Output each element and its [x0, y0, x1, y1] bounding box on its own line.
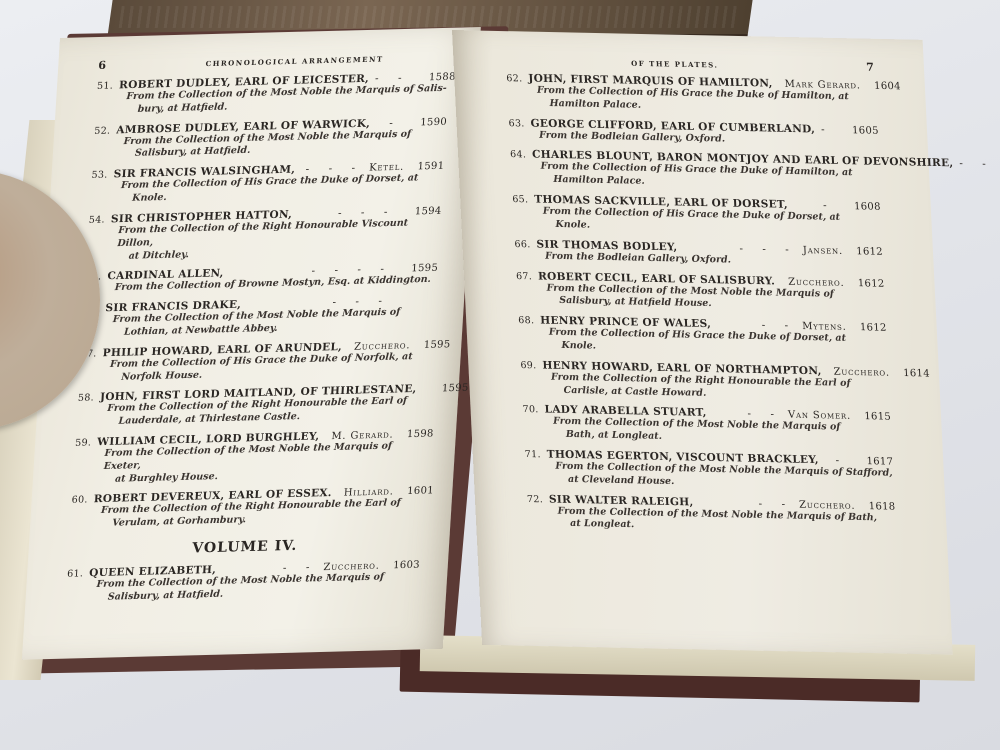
plate-entry: 64. CHARLES BLOUNT, BARON MONTJOY AND EA…: [510, 149, 880, 194]
painter-name: Zucchero.: [833, 366, 890, 378]
year: 1604: [871, 81, 902, 93]
year: 1588: [425, 72, 456, 84]
year: 1617: [863, 456, 894, 468]
plate-number: 61.: [67, 568, 90, 580]
plate-entry: 66. SIR THOMAS BODLEY, - - - Jansen. 161…: [514, 238, 884, 271]
plate-number: 59.: [75, 437, 98, 449]
plate-entry: 54. SIR CHRISTOPHER HATTON, - - - 1594 F…: [86, 205, 442, 265]
right-page: OF THE PLATES. 7 62. JOHN, FIRST MARQUIS…: [452, 30, 953, 655]
page-number: 7: [844, 60, 875, 74]
plate-entry: 53. SIR FRANCIS WALSINGHAM, - - - Ketel.…: [90, 160, 445, 207]
plate-number: 63.: [508, 118, 531, 129]
plate-number: 58.: [78, 393, 101, 405]
plate-number: 64.: [510, 150, 533, 161]
year: [406, 303, 436, 304]
plate-entry: 71. THOMAS EGERTON, VISCOUNT BRACKLEY, -…: [524, 448, 894, 493]
photo-scene: 6 CHRONOLOGICAL ARRANGEMENT 51. ROBERT D…: [0, 0, 1000, 750]
year: 1605: [848, 125, 879, 137]
plate-number: 68.: [518, 315, 541, 326]
painter-name: Zucchero.: [799, 499, 856, 511]
plate-entry: 57. PHILIP HOWARD, EARL OF ARUNDEL, Zucc…: [79, 338, 434, 385]
year: 1612: [856, 322, 887, 334]
plate-number: 66.: [514, 239, 537, 250]
plate-list: 51. ROBERT DUDLEY, EARL OF LEICESTER, - …: [70, 71, 450, 532]
year: 1618: [865, 501, 896, 513]
plate-entry: 65. THOMAS SACKVILLE, EARL OF DORSET, - …: [512, 193, 882, 238]
year: 1601: [403, 486, 434, 498]
plate-number: 72.: [527, 494, 550, 505]
painter-name: Mytens.: [802, 321, 847, 333]
year: 1594: [411, 206, 442, 218]
year: 1595: [438, 383, 469, 395]
year: 1598: [403, 428, 434, 440]
year: 1614: [900, 368, 931, 380]
plate-entry: 59. WILLIAM CECIL, LORD BURGHLEY, M. Ger…: [72, 428, 428, 488]
plate-number: 60.: [71, 495, 94, 507]
plate-number: 67.: [516, 271, 539, 282]
plate-number: 71.: [525, 449, 548, 460]
plate-entry: 63. GEORGE CLIFFORD, EARL OF CUMBERLAND,…: [508, 117, 878, 150]
leader-dashes: -: [818, 454, 853, 467]
plate-entry: 62. JOHN, FIRST MARQUIS OF HAMILTON, Mar…: [506, 72, 876, 117]
plate-entry: 52. AMBROSE DUDLEY, EARL OF WARWICK, - 1…: [92, 115, 447, 162]
plate-entry: 58. JOHN, FIRST LORD MAITLAND, OF THIRLE…: [76, 383, 431, 430]
plate-entry: 60. ROBERT DEVEREUX, EARL OF ESSEX. Hill…: [70, 485, 425, 532]
painter-name: Jansen.: [803, 245, 844, 257]
plate-entry: 72. SIR WALTER RALEIGH, - - Zucchero. 16…: [527, 493, 897, 538]
year: 1591: [414, 161, 445, 173]
leader-dashes: -: [788, 199, 841, 212]
plate-entry: 69. HENRY HOWARD, EARL OF NORTHAMPTON, Z…: [520, 359, 890, 404]
plate-list: 62. JOHN, FIRST MARQUIS OF HAMILTON, Mar…: [506, 72, 897, 538]
year: 1615: [861, 411, 892, 423]
plate-number: 54.: [89, 214, 112, 226]
year: 1608: [850, 201, 881, 213]
volume-heading: VOLUME IV.: [68, 535, 422, 560]
plate-entry: 56. SIR FRANCIS DRAKE, - - - From the Co…: [81, 294, 436, 341]
year: 1595: [420, 339, 451, 351]
plate-number: 53.: [91, 170, 114, 182]
plate-entry: 51. ROBERT DUDLEY, EARL OF LEICESTER, - …: [95, 71, 450, 118]
plate-number: 51.: [97, 80, 120, 92]
plate-number: 65.: [512, 194, 535, 205]
year: 1612: [854, 278, 885, 290]
plate-entry: 68. HENRY PRINCE OF WALES, - - Mytens. 1…: [518, 314, 888, 359]
leader-dashes: - - -: [953, 158, 1000, 171]
year: 1612: [853, 246, 884, 258]
plate-entry: 70. LADY ARABELLA STUART, - - Van Somer.…: [522, 403, 892, 448]
leader-dashes: -: [370, 116, 407, 129]
plate-list-volume-iv: 61. QUEEN ELIZABETH, - - Zucchero. 1603 …: [65, 559, 420, 606]
plate-number: 70.: [522, 404, 545, 415]
year: 1590: [417, 116, 448, 128]
plate-number: 52.: [94, 125, 117, 137]
running-head: OF THE PLATES.: [505, 56, 844, 72]
painter-name: Zucchero.: [788, 276, 845, 288]
plate-entry: 61. QUEEN ELIZABETH, - - Zucchero. 1603 …: [65, 559, 420, 606]
year: 1603: [389, 560, 420, 572]
plate-number: 62.: [506, 73, 529, 84]
year: 1595: [408, 263, 439, 275]
running-head: CHRONOLOGICAL ARRANGEMENT: [138, 53, 451, 70]
plate-number: 69.: [520, 360, 543, 371]
page-number: 6: [98, 58, 139, 72]
leader-dashes: -: [815, 123, 839, 135]
plate-entry: 67. ROBERT CECIL, EARL OF SALISBURY. Zuc…: [516, 270, 886, 315]
plate-entry: 55. CARDINAL ALLEN, - - - - 1595 From th…: [84, 262, 438, 296]
